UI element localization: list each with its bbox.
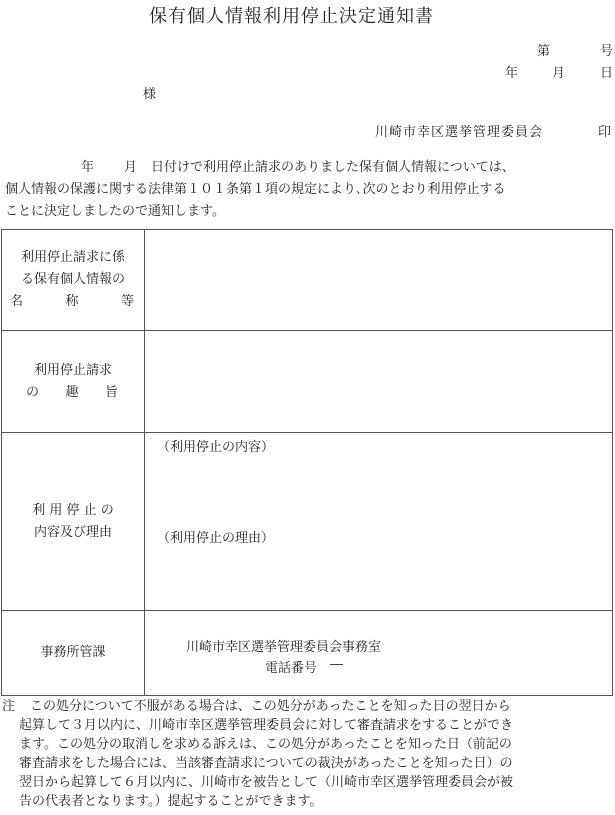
table-row-content-reason: 利 用 停 止 の 内容及び理由 （利用停止の内容） （利用停止の理由） [2, 433, 613, 611]
note-line: 告の代表者となります。）提起することができます。 [2, 792, 614, 811]
label-info-name: 利用停止請求に係 る保有個人情報の 名 称 等 [2, 230, 145, 331]
number-prefix: 第 [537, 40, 550, 59]
addressee-suffix: 様 [143, 83, 156, 102]
phone-value: ― [330, 657, 343, 672]
note-line: 起算して３月以内に、川崎市幸区選挙管理委員会に対して審査請求をすることができ [2, 716, 614, 735]
value-office: 川崎市幸区選挙管理委員会事務室 電話番号 ― [145, 611, 613, 696]
issuer-seal: 印 [598, 121, 611, 140]
value-request-purpose[interactable] [145, 331, 613, 433]
note-line: この処分について不服がある場合は、この処分があったことを知った日の翌日から [30, 699, 511, 714]
note-line: 翌日から起算して６月以内に、川崎市を被告として（川崎市幸区選挙管理委員会が被 [2, 773, 614, 792]
value-info-name[interactable] [145, 230, 613, 331]
intro-month: 月 [124, 160, 137, 175]
appeal-note: 注この処分について不服がある場合は、この処分があったことを知った日の翌日から 起… [2, 697, 614, 811]
table-row-request-purpose: 利用停止請求 の 趣 旨 [2, 331, 613, 433]
decision-table: 利用停止請求に係 る保有個人情報の 名 称 等 利用停止請求 の 趣 旨 利 用… [1, 229, 613, 696]
date-year: 年 [505, 62, 518, 81]
table-row-info-name: 利用停止請求に係 る保有個人情報の 名 称 等 [2, 230, 613, 331]
reason-heading: （利用停止の理由） [157, 527, 274, 546]
table-row-office: 事務所管課 川崎市幸区選挙管理委員会事務室 電話番号 ― [2, 611, 613, 696]
document-title: 保有個人情報利用停止決定通知書 [149, 2, 434, 28]
office-name: 川崎市幸区選挙管理委員会事務室 [186, 636, 381, 655]
label-request-purpose: 利用停止請求 の 趣 旨 [2, 331, 145, 433]
intro-line2: 個人情報の保護に関する法律第１０１条第１項の規定により､次のとおり利用停止する [5, 179, 615, 201]
value-content-reason[interactable]: （利用停止の内容） （利用停止の理由） [145, 433, 613, 611]
intro-paragraph: 年月日付けで利用停止請求のありました保有個人情報については、 個人情報の保護に関… [5, 157, 615, 223]
note-prefix: 注 [2, 699, 15, 714]
date-month: 月 [552, 62, 565, 81]
intro-line1: 日付けで利用停止請求のありました保有個人情報については、 [151, 160, 515, 175]
content-heading: （利用停止の内容） [157, 436, 274, 455]
label-content-reason: 利 用 停 止 の 内容及び理由 [2, 433, 145, 611]
number-suffix: 号 [600, 40, 613, 59]
intro-year: 年 [81, 160, 94, 175]
label-office: 事務所管課 [2, 611, 145, 696]
issuer-name: 川崎市幸区選挙管理委員会 [375, 121, 543, 140]
intro-line3: ことに決定しましたので通知します。 [5, 201, 615, 223]
note-line: 審査請求をした場合には、当該審査請求についての裁決があったことを知った日）の [2, 754, 614, 773]
date-day: 日 [600, 62, 613, 81]
phone-label: 電話番号 [265, 657, 317, 676]
note-line: ます。この処分の取消しを求める訴えは、この処分があったことを知った日（前記の [2, 735, 614, 754]
